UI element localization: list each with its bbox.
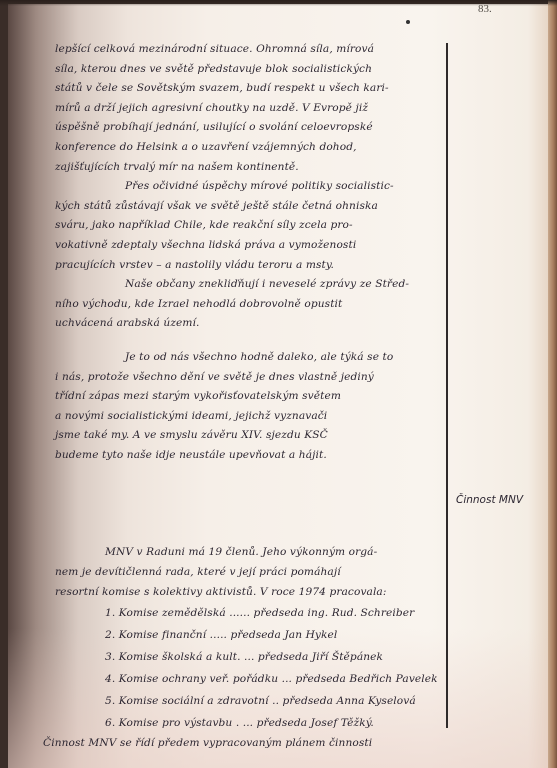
text-line: sváru, jako například Chile, kde reakční…	[55, 216, 445, 236]
paragraph: MNV v Raduni má 19 členů. Jeho výkonným …	[55, 543, 445, 602]
list-item: 4. Komise ochrany veř. pořádku ... předs…	[105, 668, 445, 690]
text-line: Naše občany znekliďňují i neveselé zpráv…	[55, 275, 445, 295]
text-line: pracujících vrstev – a nastolily vládu t…	[55, 256, 445, 276]
list-item: 1. Komise zemědělská ...... předseda ing…	[105, 602, 445, 624]
handwritten-text: lepšící celková mezinárodní situace. Ohr…	[55, 40, 445, 754]
top-shadow	[0, 0, 557, 6]
list-item: 6. Komise pro výstavbu . ... předseda Jo…	[105, 712, 445, 734]
text-line: budeme tyto naše idje neustále upevňovat…	[55, 446, 445, 466]
text-line: nem je devítičlenná rada, které v její p…	[55, 563, 445, 583]
text-line: ního východu, kde Izrael nehodlá dobrovo…	[55, 295, 445, 315]
ink-dot	[406, 20, 410, 24]
text-line: MNV v Raduni má 19 členů. Jeho výkonným …	[55, 543, 445, 563]
text-line: zajišťujících trvalý mír na našem kontin…	[55, 158, 445, 178]
commission-list: 1. Komise zemědělská ...... předseda ing…	[55, 602, 445, 734]
paragraph: Naše občany znekliďňují i neveselé zpráv…	[55, 275, 445, 334]
text-line: Přes očividné úspěchy mírové politiky so…	[55, 177, 445, 197]
text-line: států v čele se Sovětským svazem, budí r…	[55, 79, 445, 99]
text-line: uchvácená arabská území.	[55, 314, 445, 334]
text-line: i nás, protože všechno dění ve světě je …	[55, 368, 445, 388]
list-item: 5. Komise sociální a zdravotní .. předse…	[105, 690, 445, 712]
margin-note: Činnost MNV	[456, 494, 523, 506]
margin-rule	[446, 43, 448, 728]
paragraph: Přes očividné úspěchy mírové politiky so…	[55, 177, 445, 275]
text-line: třídní zápas mezi starým vykořisťovatels…	[55, 387, 445, 407]
text-line: resortní komise s kolektivy aktivistů. V…	[55, 583, 445, 603]
text-line: lepšící celková mezinárodní situace. Ohr…	[55, 40, 445, 60]
text-line: kých států zůstávají však ve světě ještě…	[55, 197, 445, 217]
paragraph: Je to od nás všechno hodně daleko, ale t…	[55, 348, 445, 466]
list-item: 3. Komise školská a kult. ... předseda J…	[105, 646, 445, 668]
text-line: úspěšně probíhají jednání, usilující o s…	[55, 118, 445, 138]
text-line: Je to od nás všechno hodně daleko, ale t…	[55, 348, 445, 368]
page-number: 83.	[478, 3, 492, 15]
text-line: mírů a drží jejich agresivní choutky na …	[55, 99, 445, 119]
list-item: 2. Komise finanční ..... předseda Jan Hy…	[105, 624, 445, 646]
text-line: vokativně zdeptaly všechna lidská práva …	[55, 236, 445, 256]
text-line: jsme také my. A ve smyslu závěru XIV. sj…	[55, 426, 445, 446]
paragraph: lepšící celková mezinárodní situace. Ohr…	[55, 40, 445, 177]
closing-line: Činnost MNV se řídí předem vypracovaným …	[43, 734, 445, 754]
text-line: síla, kterou dnes ve světě představuje b…	[55, 60, 445, 80]
text-line: konference do Helsink a o uzavření vzáje…	[55, 138, 445, 158]
text-line: a novými socialistickými ideami, jejichž…	[55, 407, 445, 427]
book-scan: 83. lepšící celková mezinárodní situace.…	[0, 0, 557, 768]
page-edge	[548, 0, 557, 768]
